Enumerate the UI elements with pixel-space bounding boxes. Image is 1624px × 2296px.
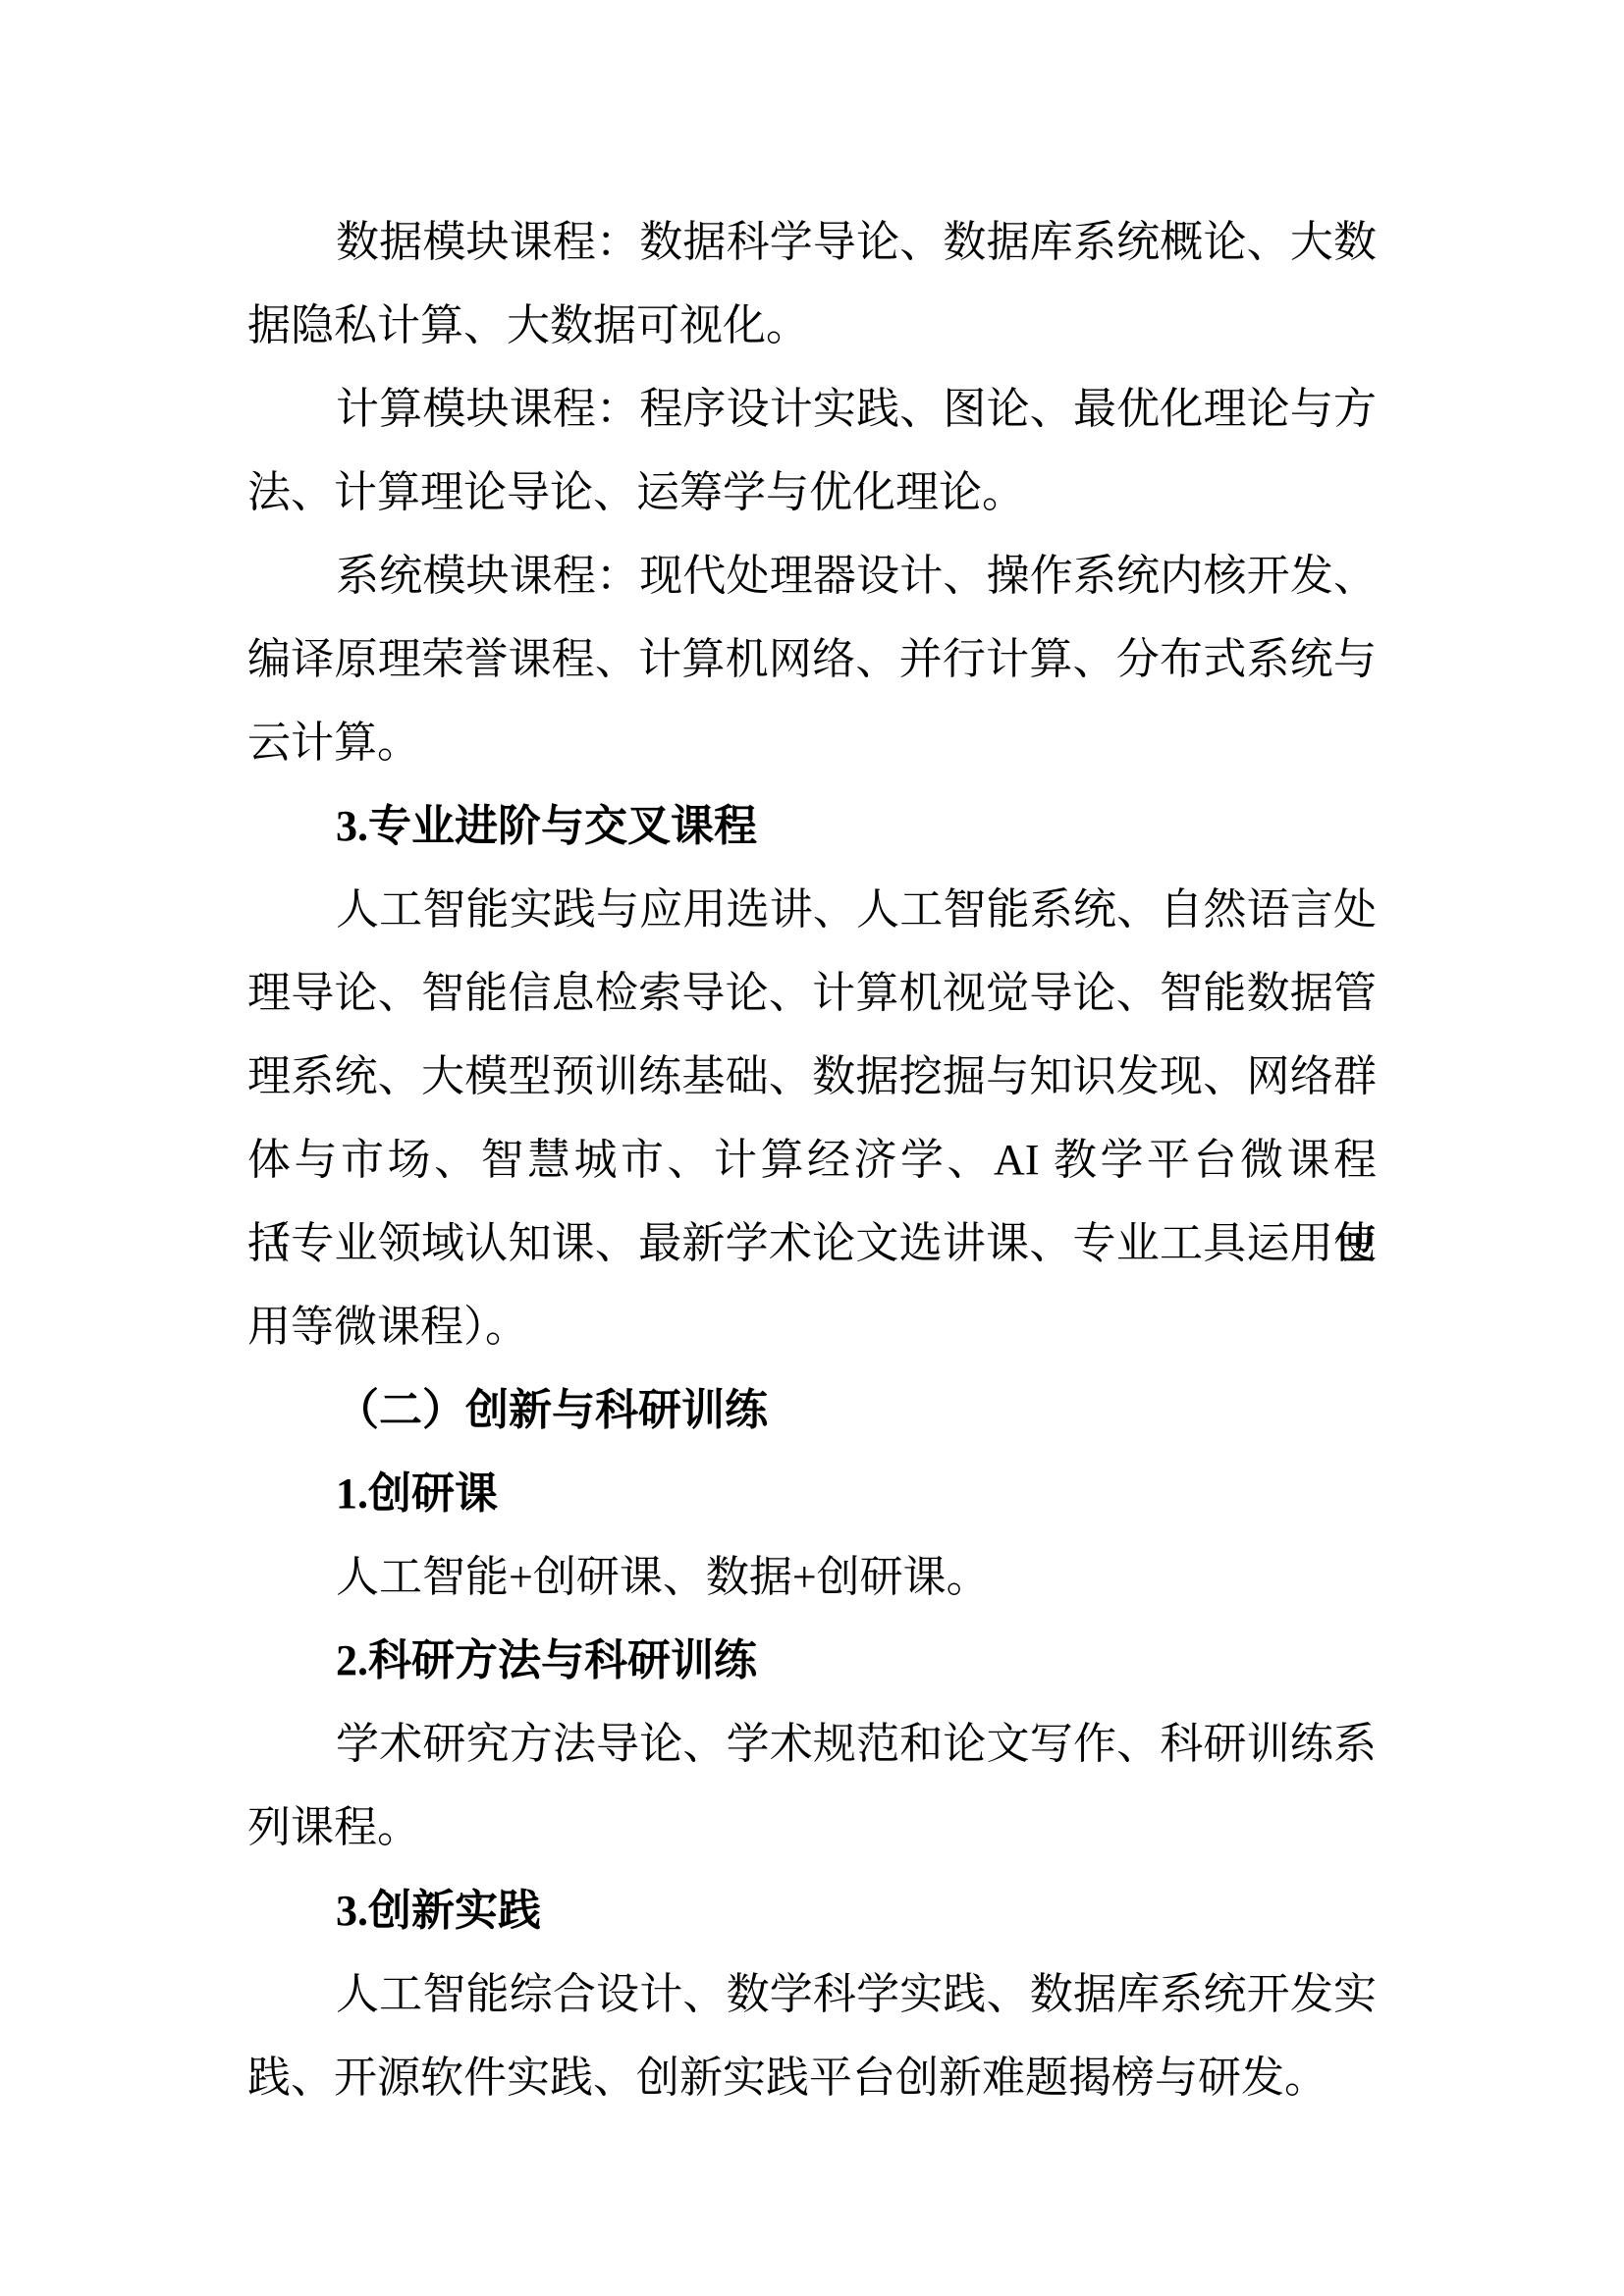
text-line: 践、开源软件实践、创新实践平台创新难题揭榜与研发。	[247, 2036, 1377, 2119]
text-line: 人工智能综合设计、数学科学实践、数据库系统开发实	[247, 1952, 1377, 2036]
text-line: 用等微课程）。	[247, 1285, 1377, 1368]
body-paragraph: 学术研究方法导论、学术规范和论文写作、科研训练系列课程。	[247, 1702, 1377, 1869]
body-paragraph: 人工智能综合设计、数学科学实践、数据库系统开发实践、开源软件实践、创新实践平台创…	[247, 1952, 1377, 2119]
heading-paragraph: 3.创新实践	[247, 1869, 1377, 1952]
body-paragraph: 数据模块课程：数据科学导论、数据库系统概论、大数据隐私计算、大数据可视化。	[247, 200, 1377, 367]
text-line: 理系统、大模型预训练基础、数据挖掘与知识发现、网络群	[247, 1035, 1377, 1118]
text-line: 人工智能实践与应用选讲、人工智能系统、自然语言处	[247, 868, 1377, 951]
section-heading: 3.专业进阶与交叉课程	[247, 784, 1377, 868]
text-line: 编译原理荣誉课程、计算机网络、并行计算、分布式系统与	[247, 617, 1377, 701]
section-heading: 1.创研课	[247, 1452, 1377, 1535]
text-line: 学术研究方法导论、学术规范和论文写作、科研训练系	[247, 1702, 1377, 1786]
text-line: 系统模块课程：现代处理器设计、操作系统内核开发、	[247, 534, 1377, 617]
text-line: 据隐私计算、大数据可视化。	[247, 284, 1377, 367]
heading-paragraph: 1.创研课	[247, 1452, 1377, 1535]
heading-paragraph: 2.科研方法与科研训练	[247, 1619, 1377, 1702]
text-line: 人工智能+创研课、数据+创研课。	[247, 1535, 1377, 1619]
section-heading: （二）创新与科研训练	[247, 1368, 1377, 1452]
text-line: 理导论、智能信息检索导论、计算机视觉导论、智能数据管	[247, 951, 1377, 1035]
section-heading: 2.科研方法与科研训练	[247, 1619, 1377, 1702]
document-body: 数据模块课程：数据科学导论、数据库系统概论、大数据隐私计算、大数据可视化。计算模…	[247, 200, 1377, 2119]
body-paragraph: 人工智能+创研课、数据+创研课。	[247, 1535, 1377, 1619]
text-line: 括专业领域认知课、最新学术论文选讲课、专业工具运用使	[247, 1201, 1377, 1285]
body-paragraph: 人工智能实践与应用选讲、人工智能系统、自然语言处理导论、智能信息检索导论、计算机…	[247, 868, 1377, 1368]
text-line: 列课程。	[247, 1786, 1377, 1869]
text-line: 体与市场、智慧城市、计算经济学、AI 教学平台微课程（包	[247, 1118, 1377, 1201]
text-line: 云计算。	[247, 701, 1377, 784]
document-page: 数据模块课程：数据科学导论、数据库系统概论、大数据隐私计算、大数据可视化。计算模…	[0, 0, 1624, 2296]
text-line: 数据模块课程：数据科学导论、数据库系统概论、大数	[247, 200, 1377, 284]
text-line: 法、计算理论导论、运筹学与优化理论。	[247, 451, 1377, 534]
text-line: 计算模块课程：程序设计实践、图论、最优化理论与方	[247, 367, 1377, 451]
heading-paragraph: 3.专业进阶与交叉课程	[247, 784, 1377, 868]
heading-paragraph: （二）创新与科研训练	[247, 1368, 1377, 1452]
section-heading: 3.创新实践	[247, 1869, 1377, 1952]
body-paragraph: 计算模块课程：程序设计实践、图论、最优化理论与方法、计算理论导论、运筹学与优化理…	[247, 367, 1377, 534]
body-paragraph: 系统模块课程：现代处理器设计、操作系统内核开发、编译原理荣誉课程、计算机网络、并…	[247, 534, 1377, 784]
